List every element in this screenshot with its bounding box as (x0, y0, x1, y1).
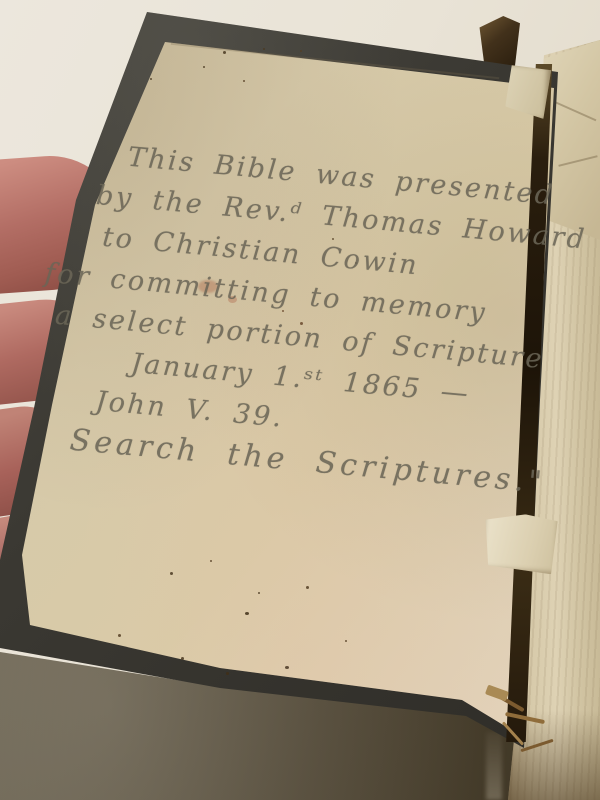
page-crease (558, 155, 597, 167)
torn-spine-top (476, 16, 520, 68)
foxing-spot (263, 48, 265, 50)
photo-old-bible-inscription: This Bible was presented by the Rev.ᵈ Th… (0, 0, 600, 800)
foxing-spot (345, 640, 347, 642)
foxing-spot (300, 50, 302, 52)
foxing-spot (245, 612, 249, 615)
foxing-spot (203, 66, 205, 68)
foxing-spot (243, 80, 245, 82)
shadow-highlight-streak (486, 732, 502, 800)
foxing-spot (150, 78, 152, 80)
page-crease (554, 101, 597, 122)
foxing-spot (226, 672, 229, 675)
foxing-spot (118, 634, 121, 637)
torn-paper-tab-middle (482, 512, 558, 575)
foxing-spot (258, 592, 260, 594)
foxing-spot (306, 586, 309, 589)
foxing-spot (210, 560, 212, 562)
foxing-spot (285, 666, 289, 669)
inscription: This Bible was presented by the Rev.ᵈ Th… (26, 130, 574, 504)
foxing-spot (181, 657, 184, 660)
foxing-spot (170, 572, 173, 575)
foxing-spot (223, 51, 226, 54)
